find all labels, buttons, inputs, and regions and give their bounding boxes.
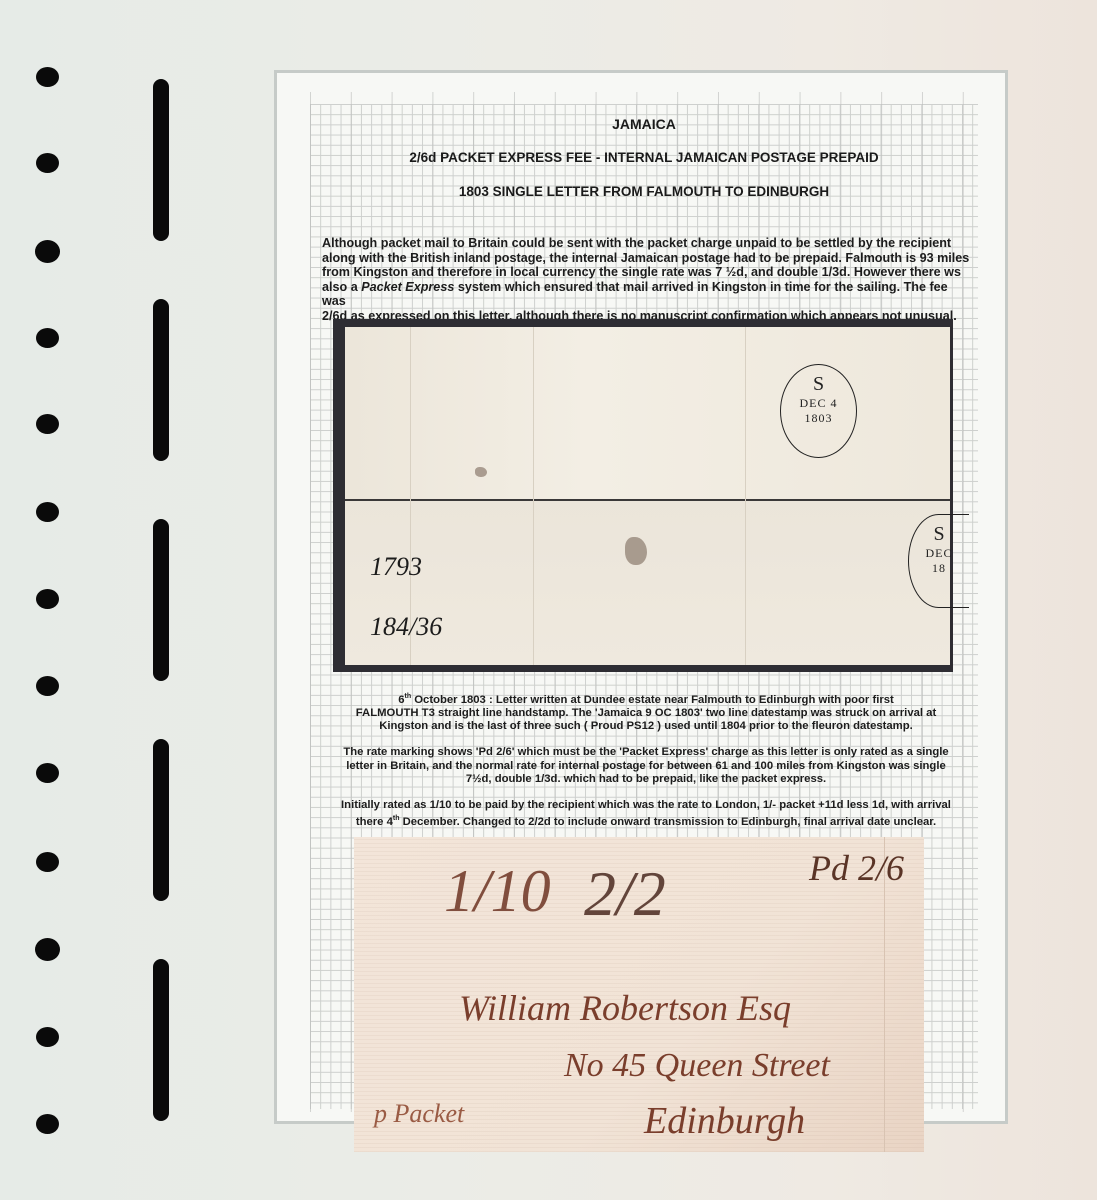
cover-flap: [345, 327, 950, 501]
punch-hole: [36, 852, 59, 872]
note-text: Kingston and is the last of three such (…: [379, 720, 913, 732]
punch-hole: [36, 414, 59, 434]
punch-hole: [36, 1114, 59, 1134]
note-text: 7½d, double 1/3d. which had to be prepai…: [466, 773, 826, 785]
intro-line: also a Packet Express system which ensur…: [322, 280, 970, 309]
datestamp-letter: S: [909, 523, 969, 546]
watermark: [125, 505, 145, 675]
page-heading: 1803 SINGLE LETTER FROM FALMOUTH TO EDIN…: [310, 184, 978, 199]
punch-hole: [36, 328, 59, 348]
note-text: The rate marking shows 'Pd 2/6' which mu…: [343, 746, 948, 758]
punch-hole: [36, 153, 59, 173]
wax-stain: [475, 467, 487, 477]
punch-hole: [35, 240, 60, 263]
datestamp-letter: S: [781, 373, 856, 396]
revised-charge: 2/2: [584, 857, 666, 931]
intro-line: Although packet mail to Britain could be…: [322, 236, 970, 251]
intro-line: along with the British inland postage, t…: [322, 251, 970, 266]
description-notes: 6th October 1803 : Letter written at Dun…: [322, 690, 970, 842]
docket-reference: 184/36: [370, 612, 442, 642]
binder-slot: [153, 739, 169, 901]
fold-line: [745, 327, 746, 665]
datestamp-year: 18: [909, 561, 969, 576]
datestamp-date: DEC 4: [781, 396, 856, 411]
datestamp-year: 1803: [781, 411, 856, 426]
addressee-name: William Robertson Esq: [459, 987, 791, 1029]
punch-hole: [36, 763, 59, 783]
page-subtitle: 2/6d PACKET EXPRESS FEE - INTERNAL JAMAI…: [310, 150, 978, 165]
binder-slot: [153, 519, 169, 681]
intro-emphasis: Packet Express: [361, 280, 454, 294]
front-cover-image: 1/10 2/2 Pd 2/6 William Robertson Esq No…: [354, 837, 924, 1152]
addressee-city: Edinburgh: [644, 1099, 805, 1143]
punch-hole: [36, 1027, 59, 1047]
rear-cover-image: S DEC 4 1803 S DEC 18 1793 184/36: [345, 327, 950, 665]
arrival-datestamp: S DEC 4 1803: [780, 364, 857, 458]
note-paragraph-3: Initially rated as 1/10 to be paid by th…: [322, 799, 970, 829]
binder-slot: [153, 959, 169, 1121]
datestamp-date: DEC: [909, 546, 969, 561]
note-text: October 1803 : Letter written at Dundee …: [411, 694, 894, 706]
addressee-street: No 45 Queen Street: [564, 1047, 830, 1085]
note-text: Initially rated as 1/10 to be paid by th…: [341, 799, 951, 811]
note-text: there 4: [356, 816, 393, 828]
fold-line: [533, 327, 534, 665]
note-text: letter in Britain, and the normal rate f…: [346, 760, 946, 772]
note-paragraph-1: 6th October 1803 : Letter written at Dun…: [322, 690, 970, 733]
punch-hole: [36, 67, 59, 87]
intro-paragraph: Although packet mail to Britain could be…: [322, 236, 970, 324]
note-paragraph-2: The rate marking shows 'Pd 2/6' which mu…: [322, 746, 970, 786]
arrival-datestamp-partial: S DEC 18: [908, 514, 969, 608]
punch-hole: [35, 938, 60, 961]
note-text: December. Changed to 2/2d to include onw…: [399, 816, 936, 828]
crossed-out-charge: 1/10: [444, 857, 551, 926]
intro-line: from Kingston and therefore in local cur…: [322, 265, 970, 280]
punch-hole: [36, 502, 59, 522]
page-title: JAMAICA: [310, 116, 978, 132]
docket-number: 1793: [370, 552, 422, 582]
wax-stain: [625, 537, 647, 565]
rate-marking: Pd 2/6: [809, 847, 904, 889]
punch-hole: [36, 676, 59, 696]
binder-slot: [153, 79, 169, 241]
route-endorsement: p Packet: [374, 1099, 464, 1129]
punch-hole: [36, 589, 59, 609]
note-text: FALMOUTH T3 straight line handstamp. The…: [356, 707, 936, 719]
intro-text: also a: [322, 280, 361, 294]
binder-slot: [153, 299, 169, 461]
